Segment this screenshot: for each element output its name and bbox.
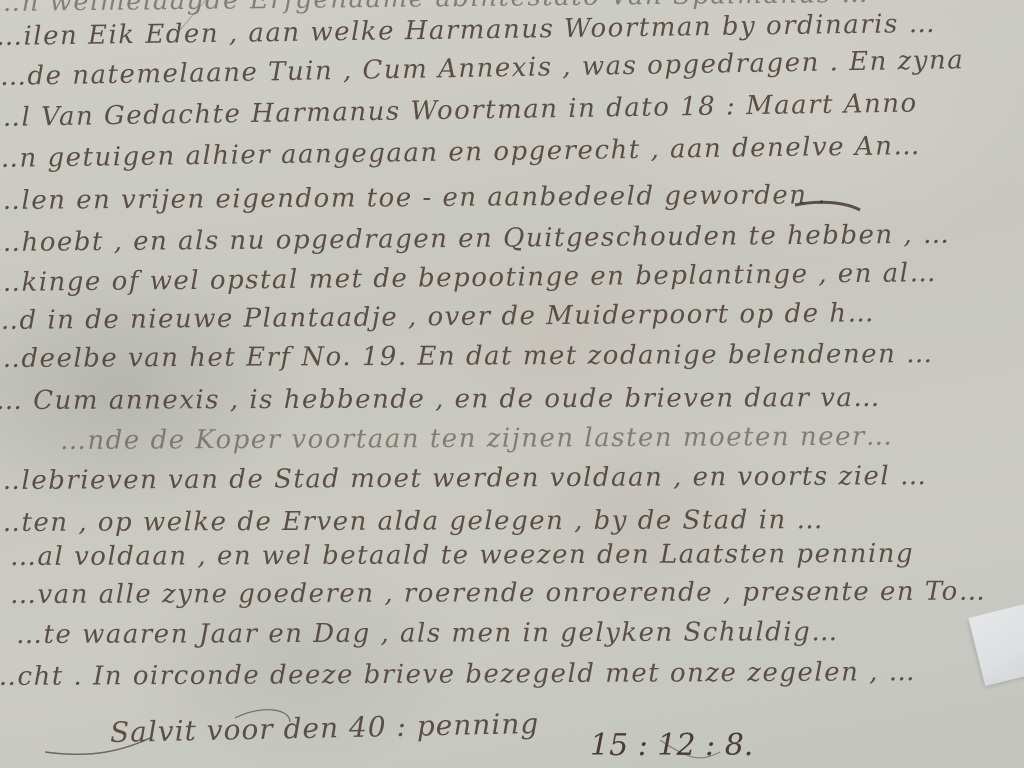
manuscript-line-6: …len en vrijen eigendom toe - en aanbede… [0,180,827,216]
manuscript-line-17: …te waaren Jaar en Dag , als men in gely… [16,617,839,650]
manuscript-page: …n welmelaagde Erfgenaame abintestato Va… [0,0,1024,768]
manuscript-line-9: …d in de nieuwe Plantaadje , over de Mui… [0,298,875,336]
manuscript-line-3: …de natemelaane Tuin , Cum Annexis , was… [0,45,964,92]
manuscript-line-14: …ten , op welke de Erven alda gelegen , … [0,505,824,538]
manuscript-line-5: …n getuigen alhier aangegaan en opgerech… [0,131,921,174]
manuscript-line-12: …nde de Koper voortaan ten zijnen lasten… [60,422,894,456]
manuscript-line-13: …lebrieven van de Stad moet werden volda… [0,461,928,496]
paper-tape-fragment [968,604,1024,686]
manuscript-signoff: Salvit voor den 40 : penning [110,707,540,749]
manuscript-line-10: …deelbe van het Erf No. 19. En dat met z… [0,339,934,374]
manuscript-amount: 15 : 12 : 8. [590,728,753,763]
manuscript-line-18: …cht . In oirconde deeze brieve bezegeld… [0,657,916,692]
manuscript-line-15: …al voldaan , en wel betaald te weezen d… [10,539,914,572]
manuscript-line-7: …hoebt , en als nu opgedragen en Quitges… [0,220,951,258]
manuscript-line-11: … Cum annexis , is hebbende , en de oude… [0,383,881,416]
manuscript-line-4: …l Van Gedachte Harmanus Woortman in dat… [0,88,918,133]
manuscript-line-8: …kinge of wel opstal met de bepootinge e… [0,258,937,298]
manuscript-line-16: …van alle zyne goederen , roerende onroe… [10,577,986,610]
